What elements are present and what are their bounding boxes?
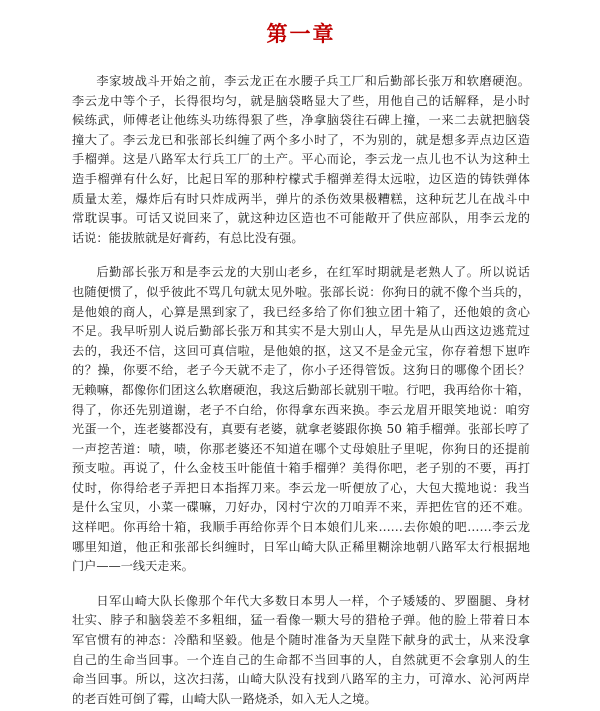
text-line: 撞大了。李云龙已和张部长纠缠了两个多小时了，不为别的，就是想多弄点边区造 bbox=[72, 131, 530, 151]
text-line: 门户——一线天走来。 bbox=[72, 557, 530, 577]
text-line: 造手榴弹有什么好，比起日军的那种柠檬式手榴弹差得太远啦，边区造的铸铁弹体 bbox=[72, 170, 530, 190]
text-line: 是什么宝贝，小菜一碟嘛，刀好办，冈村宁次的刀咱弄不来，弄把佐官的还不难。 bbox=[72, 498, 530, 518]
text-line: 无赖嘛，都像你们团这么软磨硬泡，我这后勤部长就别干啦。行吧，我再给你十箱， bbox=[72, 381, 530, 401]
text-line: 后勤部长张万和是李云龙的大别山老乡，在红军时期就是老熟人了。所以说话 bbox=[72, 263, 530, 283]
text-line: 的？操，你要不给，老子今天就不走了，你小子还得管饭。这狗日的哪像个团长？ bbox=[72, 361, 530, 381]
chapter-title: 第一章 bbox=[72, 20, 530, 48]
document-body: 李家坡战斗开始之前，李云龙正在水腰子兵工厂和后勤部长张万和软磨硬泡。李云龙中等个… bbox=[72, 72, 530, 709]
text-line: 常耽误事。可话又说回来了，就这种边区造也不可能敞开了供应部队，用李云龙的 bbox=[72, 209, 530, 229]
text-line: 李家坡战斗开始之前，李云龙正在水腰子兵工厂和后勤部长张万和软磨硬泡。 bbox=[72, 72, 530, 92]
text-line: 壮实、脖子和脑袋差不多粗细，猛一看像一颗大号的猎枪子弹。他的脸上带着日本 bbox=[72, 611, 530, 631]
text-line: 光蛋一个，连老婆都没有，真要有老婆，就拿老婆跟你换 50 箱手榴弹。张部长哼了 bbox=[72, 420, 530, 440]
text-line: 不足。我早听别人说后勤部长张万和其实不是大别山人，早先是从山西这边逃荒过 bbox=[72, 322, 530, 342]
text-line: 的老百姓可倒了霉，山崎大队一路烧杀，如入无人之境。 bbox=[72, 690, 530, 710]
text-line: 一声挖苦道：啧，啧，你那老婆还不知道在哪个丈母娘肚子里呢，你狗日的还提前 bbox=[72, 440, 530, 460]
text-line: 军官惯有的神态：冷酷和坚毅。他是个随时准备为天皇陛下献身的武士，从来没拿 bbox=[72, 631, 530, 651]
text-line: 李云龙中等个子，长得很均匀，就是脑袋略显大了些，用他自己的话解释，是小时 bbox=[72, 92, 530, 112]
text-line: 预支啦。再说了，什么金枝玉叶能值十箱手榴弹？美得你吧，老子别的不要，再打 bbox=[72, 459, 530, 479]
paragraph: 李家坡战斗开始之前，李云龙正在水腰子兵工厂和后勤部长张万和软磨硬泡。李云龙中等个… bbox=[72, 72, 530, 248]
text-line: 这样吧。你再给十箱，我顺手再给你弄个日本娘们儿来……去你娘的吧……李云龙 bbox=[72, 518, 530, 538]
text-line: 自己的生命当回事。一个连自己的生命都不当回事的人，自然就更不会拿别人的生 bbox=[72, 651, 530, 671]
text-line: 去的，我还不信，这回可真信啦，是他娘的抠，这又不是金元宝，你存着想下崽咋 bbox=[72, 342, 530, 362]
text-line: 话说：能拔脓就是好膏药，有总比没有强。 bbox=[72, 229, 530, 249]
text-line: 手榴弹。这是八路军太行兵工厂的土产。平心而论，李云龙一点儿也不认为这种土 bbox=[72, 150, 530, 170]
text-line: 也随便惯了，似乎彼此不骂几句就太见外啦。张部长说：你狗日的就不像个当兵的， bbox=[72, 283, 530, 303]
text-line: 日军山崎大队长像那个年代大多数日本男人一样，个子矮矮的、罗圈腿、身材 bbox=[72, 592, 530, 612]
text-line: 质量太差，爆炸后有时只炸成两半，弹片的杀伤效果极糟糕，这种玩艺儿在战斗中 bbox=[72, 190, 530, 210]
text-line: 哪里知道，他正和张部长纠缠时，日军山崎大队正稀里糊涂地朝八路军太行根据地 bbox=[72, 538, 530, 558]
text-line: 仗时，你得给老子弄把日本指挥刀来。李云龙一听便放了心，大包大揽地说：我当 bbox=[72, 479, 530, 499]
text-line: 候练武，师傅老让他练头功练得狠了些，净拿脑袋往石碑上撞，一来二去就把脑袋 bbox=[72, 111, 530, 131]
paragraph: 日军山崎大队长像那个年代大多数日本男人一样，个子矮矮的、罗圈腿、身材壮实、脖子和… bbox=[72, 592, 530, 710]
page: { "page": { "title": "第一章" }, "colors": … bbox=[0, 0, 600, 711]
paragraph: 后勤部长张万和是李云龙的大别山老乡，在红军时期就是老熟人了。所以说话也随便惯了，… bbox=[72, 263, 530, 577]
text-line: 得了，你还先别道谢，老子不白给，你得拿东西来换。李云龙眉开眼笑地说：咱穷 bbox=[72, 401, 530, 421]
text-line: 命当回事。所以，这次扫荡，山崎大队没有找到八路军的主力，可漳水、沁河两岸 bbox=[72, 670, 530, 690]
document-page: 第一章 李家坡战斗开始之前，李云龙正在水腰子兵工厂和后勤部长张万和软磨硬泡。李云… bbox=[0, 0, 600, 711]
text-line: 是他娘的商人，心算是黑到家了，我已经多给了你们独立团十箱了，还他娘的贪心 bbox=[72, 303, 530, 323]
